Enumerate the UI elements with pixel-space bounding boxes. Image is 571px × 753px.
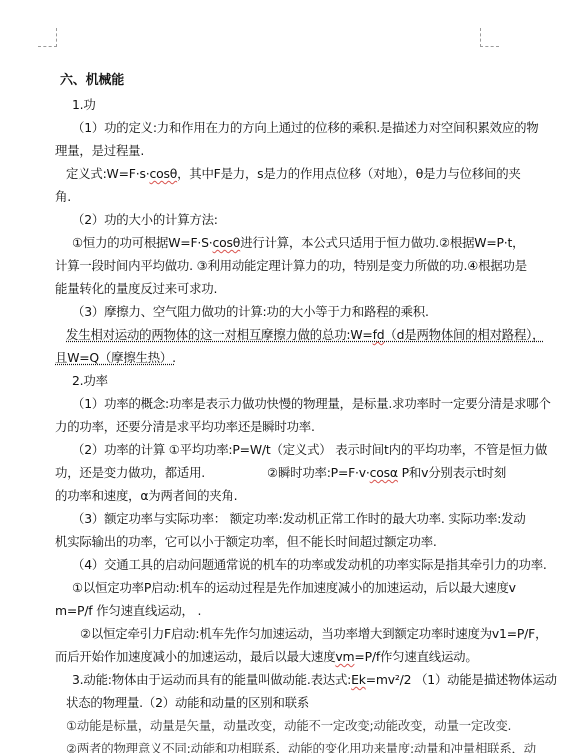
- section-title: 六、机械能: [60, 68, 530, 93]
- friction-text: 发生相对运动的两物体的这一对相互摩擦力做的总功:W=: [66, 327, 373, 342]
- paragraph-friction-heading: （3）摩擦力、空气阻力做功的计算:功的大小等于力和路程的乘积.: [60, 300, 530, 323]
- power-text: 功，还是变力做功，都适用.: [55, 465, 205, 480]
- kinetic-text: =mv²/2 （1）动能是描述物体运动: [366, 672, 557, 687]
- margin-corner-mark-top-right: [480, 28, 499, 47]
- subsection-heading-work: 1.功: [60, 93, 530, 116]
- friction-fd-term: fd: [373, 327, 385, 342]
- kinetic-text: 3.动能:物体由于运动而具有的能量叫做动能.表达式:: [72, 672, 351, 687]
- paragraph-definition-formula: 定义式:W=F·s·cosθ，其中F是力，s是力的作用点位移（对地），θ是力与位…: [60, 162, 530, 185]
- paragraph-power-concept-line2: 力的功率，还要分清是求平均功率还是瞬时功率.: [55, 415, 530, 438]
- formula-text: 定义式:W=F·s·: [66, 166, 149, 181]
- paragraph-definition-formula-cont: 角.: [55, 185, 530, 208]
- paragraph-work-definition-cont: 理量，是过程量.: [55, 139, 530, 162]
- paragraph-power-calc-line2: 功，还是变力做功，都适用.②瞬时功率:P=F·v·cosα P和v分别表示t时刻: [55, 461, 530, 484]
- formula-text: ，其中F是力，s是力的作用点位移（对地），θ是力与位移间的夹: [177, 166, 521, 181]
- paragraph-friction-line1: 发生相对运动的两物体的这一对相互摩擦力做的总功:W=fd（d是两物体间的相对路程…: [60, 323, 530, 346]
- paragraph-work-definition: （1）功的定义:力和作用在力的方向上通过的位移的乘积.是描述力对空间积累效应的物: [60, 116, 530, 139]
- paragraph-rated-power-line2: 机实际输出的功率，它可以小于额定功率，但不能长时间超过额定功率.: [55, 530, 530, 553]
- power-text: P和v分别表示t时刻: [398, 465, 506, 480]
- paragraph-kinetic-energy-line1: 3.动能:物体由于运动而具有的能量叫做动能.表达式:Ek=mv²/2 （1）动能…: [60, 668, 530, 691]
- margin-corner-mark-top-left: [38, 28, 57, 47]
- paragraph-calc-method-line3: 能量转化的量度反过来可求功.: [55, 277, 530, 300]
- paragraph-calc-method-line1: ①恒力的功可根据W=F·S·cosθ进行计算，本公式只适用于恒力做功.②根据W=…: [60, 231, 530, 254]
- kinetic-ek-term: Ek: [351, 672, 366, 687]
- paragraph-constant-force-line1: ②以恒定牵引力F启动:机车先作匀加速运动，当功率增大到额定功率时速度为v1=P/…: [60, 622, 530, 645]
- power-cos-term: cosα: [370, 465, 398, 480]
- paragraph-calc-method-line2: 计算一段时间内平均做功. ③利用动能定理计算力的功，特别是变力所做的功.④根据功…: [55, 254, 530, 277]
- paragraph-rated-power-line1: （3）额定功率与实际功率： 额定功率:发动机正常工作时的最大功率. 实际功率:发…: [60, 507, 530, 530]
- power-text: ②瞬时功率:P=F·v·: [267, 465, 370, 480]
- paragraph-calc-method-heading: （2）功的大小的计算方法:: [60, 208, 530, 231]
- formula-cos-term: cosθ: [149, 166, 177, 181]
- paragraph-vehicle-start: （4）交通工具的启动问题通常说的机车的功率或发动机的功率实际是指其牵引力的功率.: [60, 553, 530, 576]
- paragraph-constant-force-line2: 而后开始作加速度减小的加速运动，最后以最大速度vm=P/f作匀速直线运动。: [55, 645, 530, 668]
- friction-text: （d是两物体间的相对路程），: [384, 327, 544, 342]
- paragraph-kinetic-energy-line4: ②两者的物理意义不同:动能和功相联系，动能的变化用功来量度;动量和冲量相联系，动: [60, 737, 530, 753]
- formula-text: 进行计算，本公式只适用于恒力做功.②根据W=P·t，: [240, 235, 524, 250]
- document-body[interactable]: 六、机械能 1.功 （1）功的定义:力和作用在力的方向上通过的位移的乘积.是描述…: [60, 68, 530, 753]
- formula-cos-term: cosθ: [213, 235, 241, 250]
- paragraph-friction-line2: 且W=Q（摩擦生热）.: [55, 346, 530, 369]
- paragraph-kinetic-energy-line3: ①动能是标量，动量是矢量，动量改变，动能不一定改变;动能改变，动量一定改变.: [60, 714, 530, 737]
- paragraph-power-concept-line1: （1）功率的概念:功率是表示力做功快慢的物理量，是标量.求功率时一定要分清是求哪…: [60, 392, 530, 415]
- force-text: 而后开始作加速度减小的加速运动，最后以最大速度: [55, 649, 335, 664]
- subsection-heading-power: 2.功率: [60, 369, 530, 392]
- paragraph-constant-power-line2: m=P/f 作匀速直线运动， .: [55, 599, 530, 622]
- force-text: =P/f作匀速直线运动。: [354, 649, 477, 664]
- paragraph-kinetic-energy-line2: 状态的物理量.（2）动能和动量的区别和联系: [60, 691, 530, 714]
- paragraph-power-calc-line1: （2）功率的计算 ①平均功率:P=W/t（定义式） 表示时间t内的平均功率，不管…: [60, 438, 530, 461]
- force-vm-term: vm: [335, 649, 354, 664]
- paragraph-constant-power-line1: ①以恒定功率P启动:机车的运动过程是先作加速度减小的加速运动，后以最大速度v: [60, 576, 530, 599]
- document-page: 六、机械能 1.功 （1）功的定义:力和作用在力的方向上通过的位移的乘积.是描述…: [0, 0, 571, 753]
- formula-text: ①恒力的功可根据W=F·S·: [72, 235, 213, 250]
- paragraph-power-calc-line3: 的功率和速度，α为两者间的夹角.: [55, 484, 530, 507]
